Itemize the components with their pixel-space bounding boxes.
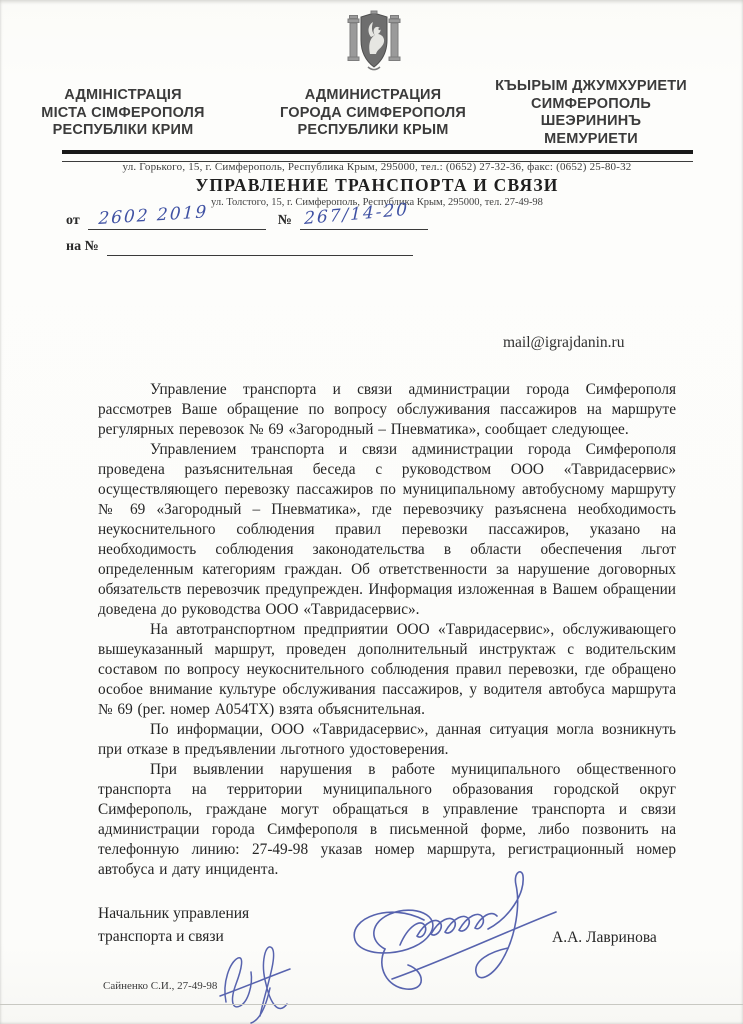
org-ua-line3: РЕСПУБЛІКИ КРИМ bbox=[28, 122, 218, 140]
org-crh-line3: ШЕЭРИНИНЪ bbox=[466, 113, 716, 131]
reference-row-reply: на № bbox=[66, 230, 446, 256]
org-ru-line3: РЕСПУБЛИКИ КРЫМ bbox=[258, 122, 488, 140]
org-name-crimean-tatar: КЪЫРЫМ ДЖУМХУРИЕТИ СИМФЕРОПОЛЬ ШЕЭРИНИНЪ… bbox=[466, 78, 716, 148]
number-underline: 267/14-20 bbox=[300, 207, 428, 230]
letterhead: ул. Горького, 15, г. Симферополь, Респуб… bbox=[52, 161, 702, 208]
org-ru-line1: АДМИНИСТРАЦИЯ bbox=[258, 87, 488, 105]
letterhead-address-main: ул. Горького, 15, г. Симферополь, Респуб… bbox=[52, 161, 702, 173]
org-name-ukrainian: АДМІНІСТРАЦІЯ МІСТА СІМФЕРОПОЛЯ РЕСПУБЛІ… bbox=[28, 78, 218, 140]
crimea-coat-of-arms-icon bbox=[345, 10, 403, 72]
org-crh-line4: МЕМУРИЕТИ bbox=[466, 131, 716, 149]
org-crh-line2: СИМФЕРОПОЛЬ bbox=[466, 96, 716, 114]
handwritten-date: 2602 2019 bbox=[98, 202, 209, 229]
paragraph-1: Управление транспорта и связи администра… bbox=[98, 380, 676, 440]
reference-row-date: от 2602 2019 № 267/14-20 bbox=[66, 204, 446, 230]
handwritten-number: 267/14-20 bbox=[304, 200, 409, 229]
date-underline: 2602 2019 bbox=[88, 207, 266, 230]
scanned-letter-page: АДМІНІСТРАЦІЯ МІСТА СІМФЕРОПОЛЯ РЕСПУБЛІ… bbox=[0, 0, 743, 1024]
org-name-russian: АДМИНИСТРАЦИЯ ГОРОДА СИМФЕРОПОЛЯ РЕСПУБЛ… bbox=[258, 78, 488, 140]
crest-top-icon bbox=[371, 11, 377, 14]
paragraph-2: Управлением транспорта и связи администр… bbox=[98, 440, 676, 620]
org-ua-line1: АДМІНІСТРАЦІЯ bbox=[28, 87, 218, 105]
scan-fold-line bbox=[0, 1004, 743, 1005]
signer-position-line1: Начальник управления bbox=[98, 902, 249, 925]
signer-name: А.А. Лавринова bbox=[552, 929, 657, 947]
number-label: № bbox=[278, 213, 292, 230]
department-title: УПРАВЛЕНИЕ ТРАНСПОРТА И СВЯЗИ bbox=[52, 175, 702, 196]
recipient-email: mail@igrajdanin.ru bbox=[503, 334, 624, 352]
reply-to-label: на № bbox=[66, 239, 99, 256]
letter-body: Управление транспорта и связи администра… bbox=[98, 380, 676, 880]
paragraph-3: На автотранспортном предприятии ООО «Тав… bbox=[98, 620, 676, 720]
reply-underline bbox=[107, 233, 413, 256]
org-crh-line1: КЪЫРЫМ ДЖУМХУРИЕТИ bbox=[466, 78, 716, 96]
executor-contact: Сайненко С.И., 27-49-98 bbox=[103, 980, 217, 992]
signer-position: Начальник управления транспорта и связи bbox=[98, 902, 249, 948]
executor-signature-icon bbox=[208, 944, 300, 1024]
paragraph-4: По информации, ООО «Тавридасервис», данн… bbox=[98, 720, 676, 760]
paragraph-5: При выявлении нарушения в работе муницип… bbox=[98, 760, 676, 880]
org-ru-line2: ГОРОДА СИМФЕРОПОЛЯ bbox=[258, 105, 488, 123]
reference-block: от 2602 2019 № 267/14-20 на № bbox=[66, 204, 446, 256]
org-ua-line2: МІСТА СІМФЕРОПОЛЯ bbox=[28, 105, 218, 123]
from-label: от bbox=[66, 213, 80, 230]
lavrinova-signature-icon bbox=[328, 866, 572, 1004]
